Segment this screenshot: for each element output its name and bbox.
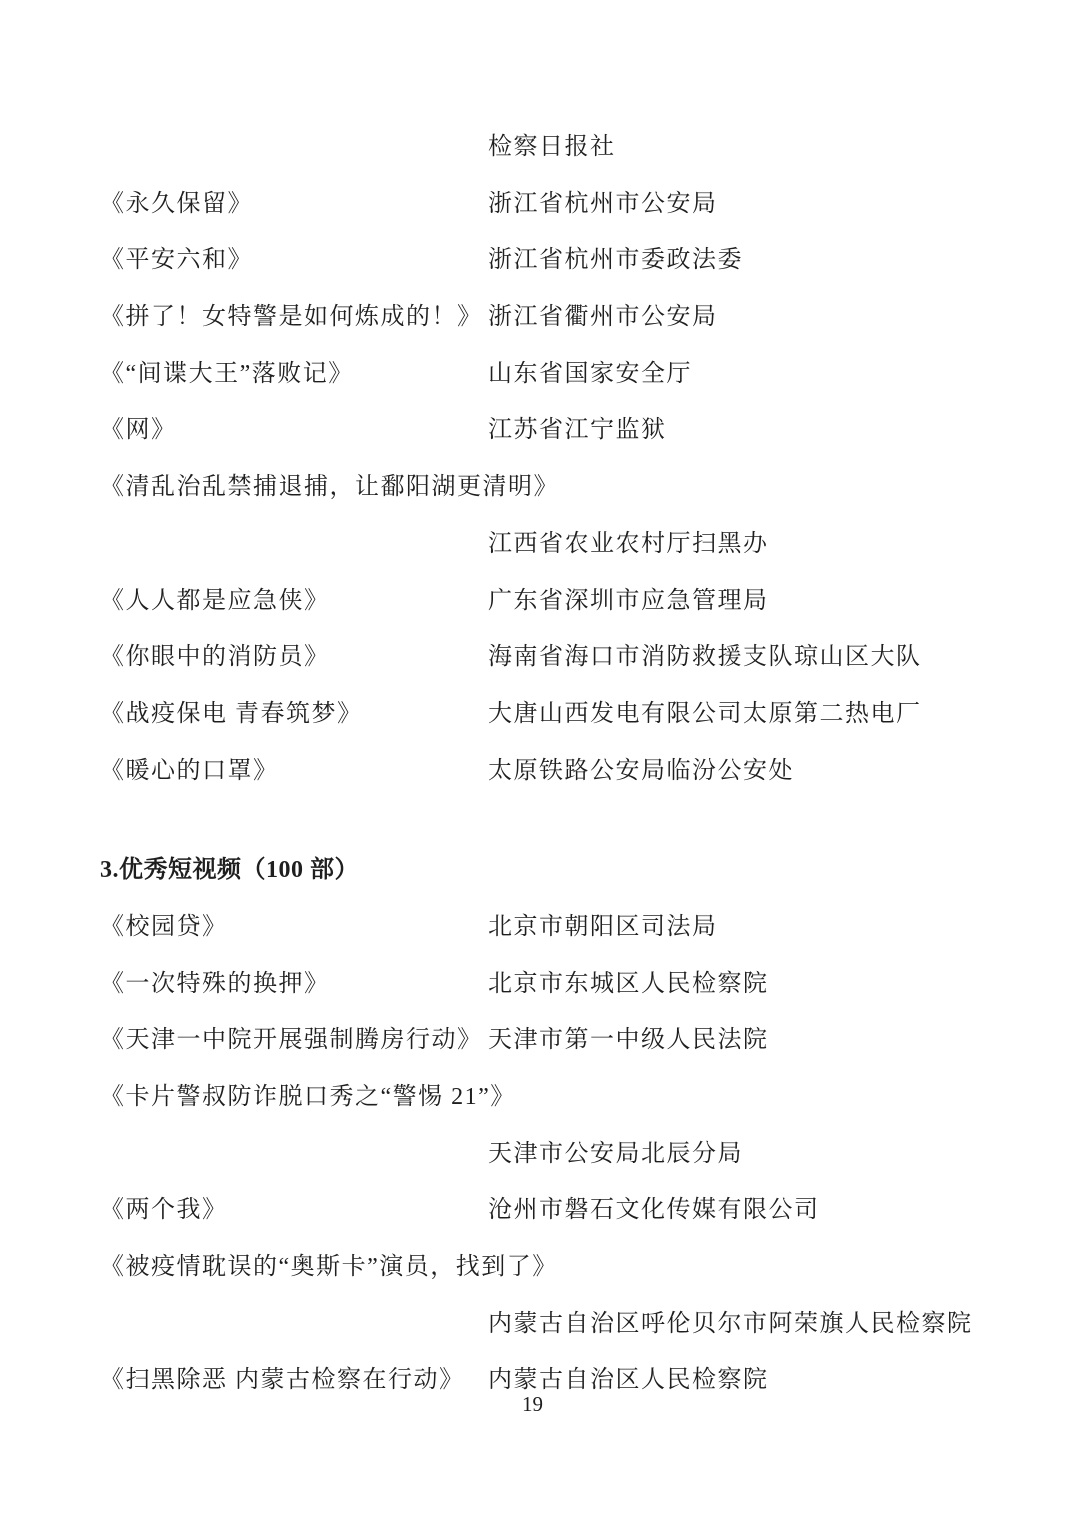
- list-item: 《被疫情耽误的“奥斯卡”演员，找到了》: [100, 1250, 990, 1307]
- page-number: 19: [0, 1392, 1065, 1417]
- list-item: 《天津一中院开展强制腾房行动》 天津市第一中级人民法院: [100, 1023, 990, 1080]
- org-name: 海南省海口市消防救援支队琼山区大队: [488, 640, 922, 674]
- org-name: 浙江省衢州市公安局: [488, 300, 718, 334]
- org-name: 检察日报社: [488, 130, 616, 164]
- section-heading: 3.优秀短视频（100 部）: [100, 853, 990, 910]
- work-title: 《“间谍大王”落败记》: [100, 357, 488, 391]
- list-item: 江西省农业农村厅扫黑办: [100, 527, 990, 584]
- work-title: 《两个我》: [100, 1193, 488, 1227]
- work-title: 《你眼中的消防员》: [100, 640, 488, 674]
- work-title: 《清乱治乱禁捕退捕，让鄱阳湖更清明》: [100, 470, 559, 504]
- work-title: 《卡片警叔防诈脱口秀之“警惕 21”》: [100, 1080, 516, 1114]
- list-item: 《“间谍大王”落败记》 山东省国家安全厅: [100, 357, 990, 414]
- org-name: 广东省深圳市应急管理局: [488, 584, 769, 618]
- list-item: 《清乱治乱禁捕退捕，让鄱阳湖更清明》: [100, 470, 990, 527]
- list-item: 《平安六和》 浙江省杭州市委政法委: [100, 243, 990, 300]
- document-page: 检察日报社 《永久保留》 浙江省杭州市公安局 《平安六和》 浙江省杭州市委政法委…: [0, 0, 1080, 1527]
- org-name: 江西省农业农村厅扫黑办: [488, 527, 769, 561]
- award-list: 检察日报社 《永久保留》 浙江省杭州市公安局 《平安六和》 浙江省杭州市委政法委…: [100, 130, 990, 1420]
- work-title: 《战疫保电 青春筑梦》: [100, 697, 488, 731]
- org-name: 沧州市磐石文化传媒有限公司: [488, 1193, 820, 1227]
- org-name: 浙江省杭州市委政法委: [488, 243, 743, 277]
- work-title: 《平安六和》: [100, 243, 488, 277]
- work-title: 《校园贷》: [100, 910, 488, 944]
- org-name: 山东省国家安全厅: [488, 357, 692, 391]
- list-item: 《卡片警叔防诈脱口秀之“警惕 21”》: [100, 1080, 990, 1137]
- list-item: 《校园贷》 北京市朝阳区司法局: [100, 910, 990, 967]
- list-item: 《永久保留》 浙江省杭州市公安局: [100, 187, 990, 244]
- org-name: 天津市公安局北辰分局: [488, 1137, 743, 1171]
- work-title: 《被疫情耽误的“奥斯卡”演员，找到了》: [100, 1250, 558, 1284]
- org-name: 太原铁路公安局临汾公安处: [488, 754, 794, 788]
- list-item: 《你眼中的消防员》 海南省海口市消防救援支队琼山区大队: [100, 640, 990, 697]
- work-title: 《一次特殊的换押》: [100, 967, 488, 1001]
- list-item: 《一次特殊的换押》 北京市东城区人民检察院: [100, 967, 990, 1024]
- list-item: 《拼了！女特警是如何炼成的！》 浙江省衢州市公安局: [100, 300, 990, 357]
- work-title: 《人人都是应急侠》: [100, 584, 488, 618]
- work-title: 《网》: [100, 413, 488, 447]
- org-name: 大唐山西发电有限公司太原第二热电厂: [488, 697, 922, 731]
- list-item: 《两个我》 沧州市磐石文化传媒有限公司: [100, 1193, 990, 1250]
- work-title: 《暖心的口罩》: [100, 754, 488, 788]
- list-item: 《人人都是应急侠》 广东省深圳市应急管理局: [100, 584, 990, 641]
- list-item: 《暖心的口罩》 太原铁路公安局临汾公安处: [100, 754, 990, 811]
- org-name: 浙江省杭州市公安局: [488, 187, 718, 221]
- list-item: 《战疫保电 青春筑梦》 大唐山西发电有限公司太原第二热电厂: [100, 697, 990, 754]
- org-name: 北京市朝阳区司法局: [488, 910, 718, 944]
- work-title: 《拼了！女特警是如何炼成的！》: [100, 300, 488, 334]
- org-name: 天津市第一中级人民法院: [488, 1023, 769, 1057]
- list-item: 《网》 江苏省江宁监狱: [100, 413, 990, 470]
- work-title: 《永久保留》: [100, 187, 488, 221]
- org-name: 江苏省江宁监狱: [488, 413, 667, 447]
- list-item: 天津市公安局北辰分局: [100, 1137, 990, 1194]
- list-item: 检察日报社: [100, 130, 990, 187]
- org-name: 北京市东城区人民检察院: [488, 967, 769, 1001]
- work-title: 《天津一中院开展强制腾房行动》: [100, 1023, 488, 1057]
- org-name: 内蒙古自治区呼伦贝尔市阿荣旗人民检察院: [488, 1307, 973, 1341]
- list-item: 内蒙古自治区呼伦贝尔市阿荣旗人民检察院: [100, 1307, 990, 1364]
